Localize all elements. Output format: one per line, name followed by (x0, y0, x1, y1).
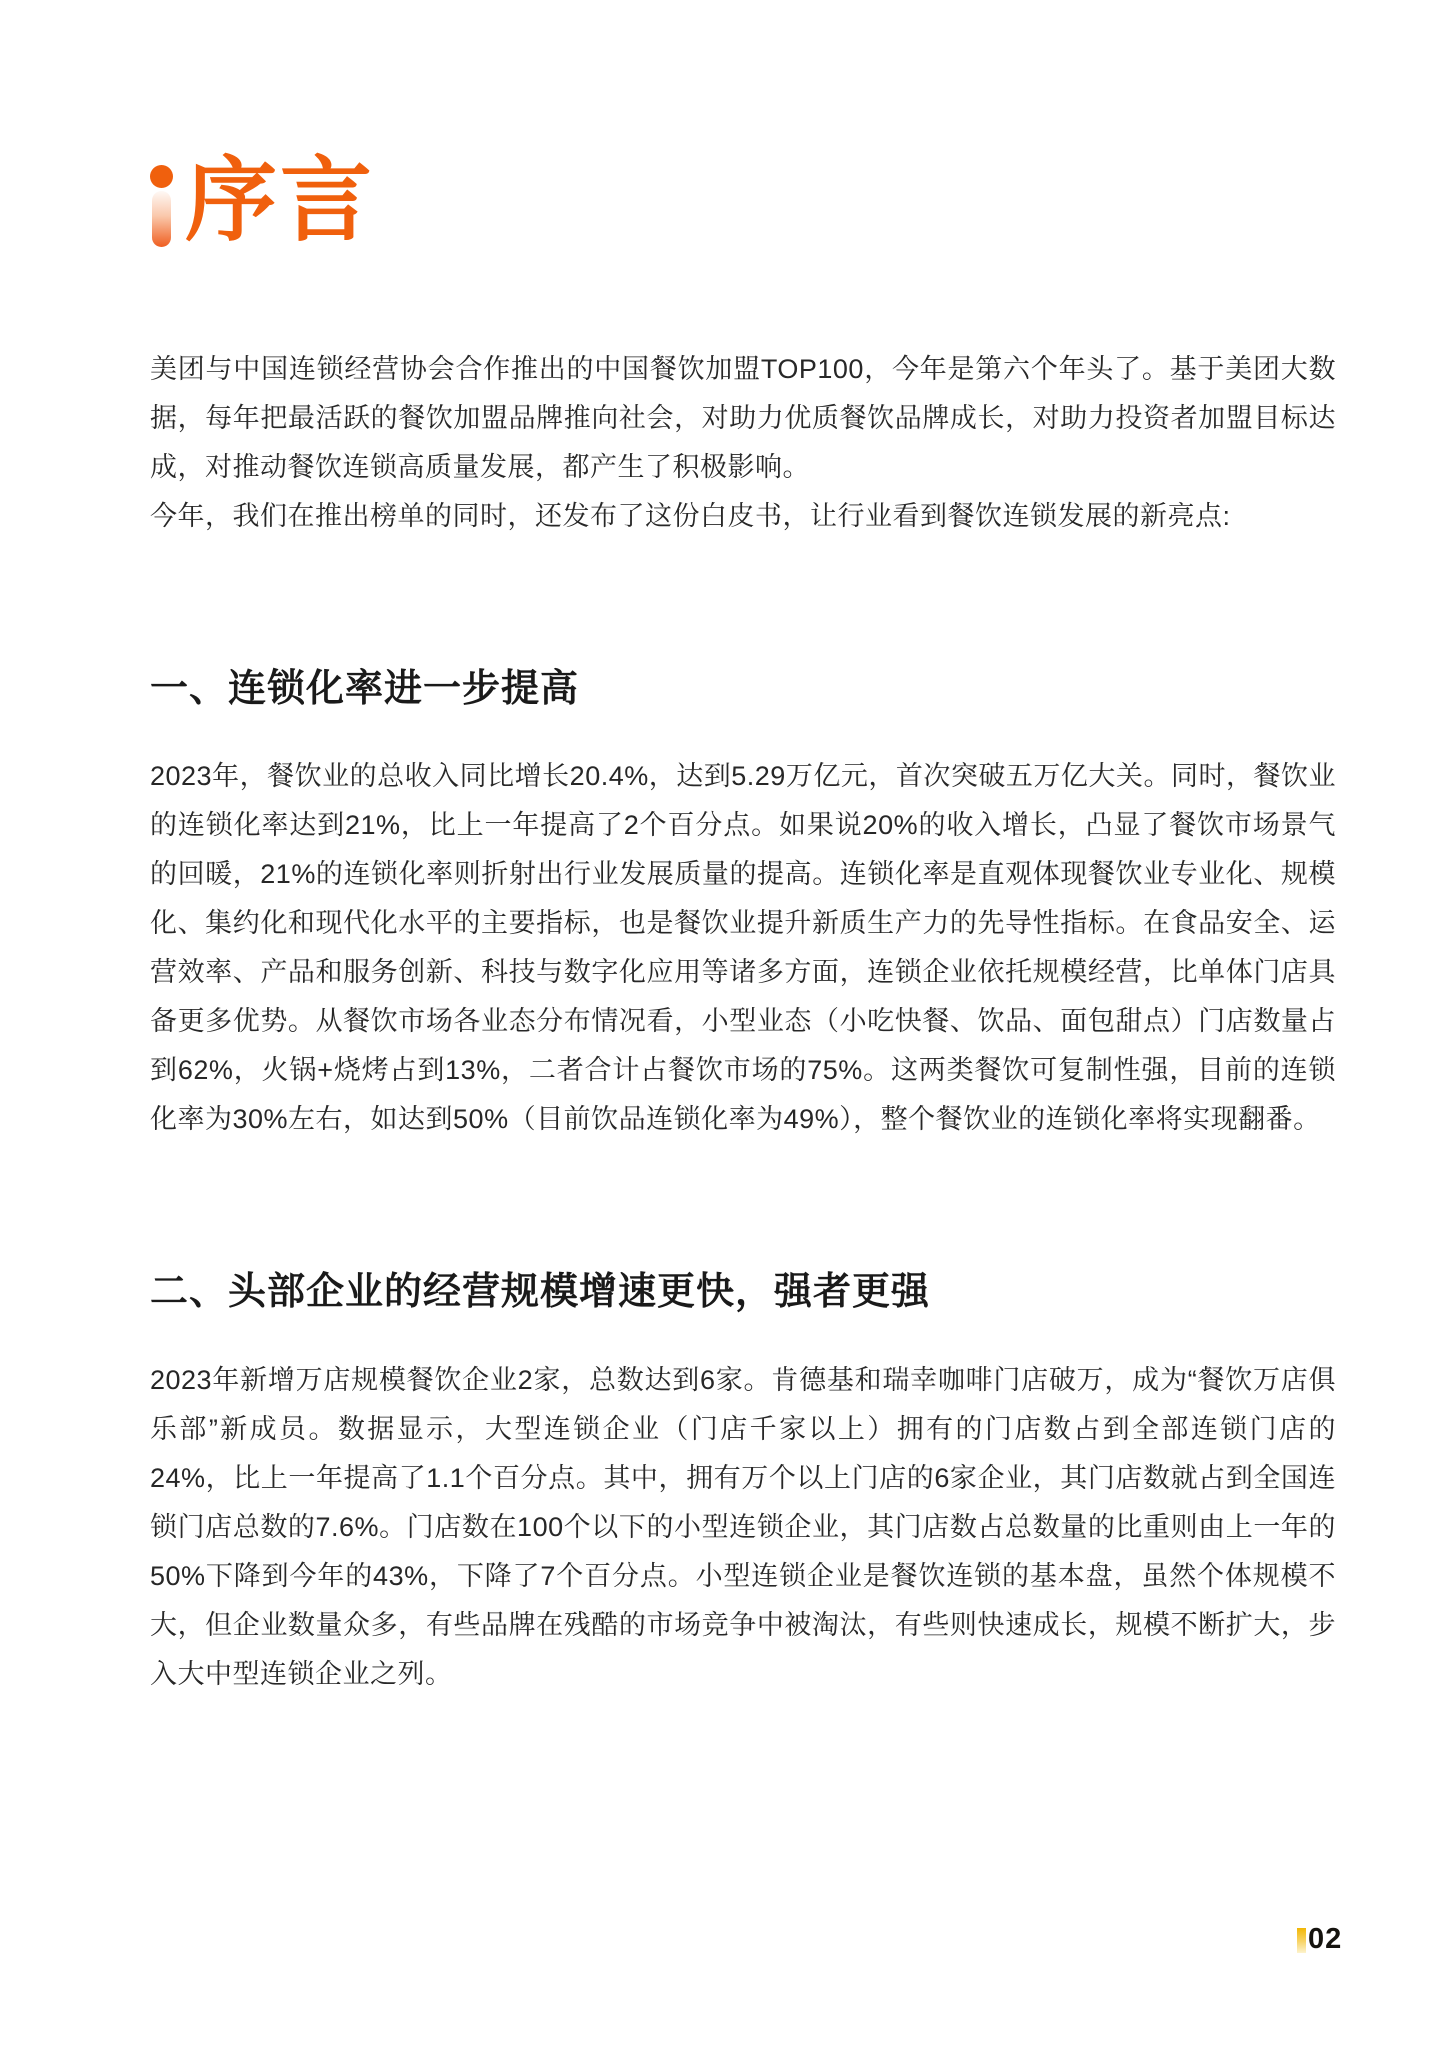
preface-accent-icon (150, 155, 173, 247)
section-1-body: 2023年，餐饮业的总收入同比增长20.4%，达到5.29万亿元，首次突破五万亿… (150, 752, 1336, 1144)
page-title: 序言 (185, 155, 375, 249)
page-footer: 02 (1297, 1925, 1342, 1954)
accent-pill-icon (152, 191, 171, 247)
page-number: 02 (1308, 1925, 1342, 1954)
page-number-marker-icon (1297, 1928, 1306, 1953)
section-chain-rate: 一、连锁化率进一步提高 2023年，餐饮业的总收入同比增长20.4%，达到5.2… (150, 667, 1336, 1145)
section-2-body: 2023年新增万店规模餐饮企业2家，总数达到6家。肯德基和瑞幸咖啡门店破万，成为… (150, 1356, 1336, 1699)
section-2-heading: 二、头部企业的经营规模增速更快，强者更强 (150, 1270, 1336, 1316)
intro-paragraph-1: 美团与中国连锁经营协会合作推出的中国餐饮加盟TOP100，今年是第六个年头了。基… (150, 345, 1336, 492)
document-page: 序言 美团与中国连锁经营协会合作推出的中国餐饮加盟TOP100，今年是第六个年头… (0, 0, 1456, 2047)
page-header: 序言 (150, 155, 1336, 249)
section-head-enterprises: 二、头部企业的经营规模增速更快，强者更强 2023年新增万店规模餐饮企业2家，总… (150, 1270, 1336, 1699)
section-1-heading: 一、连锁化率进一步提高 (150, 667, 1336, 713)
accent-dot-icon (150, 165, 173, 188)
intro-paragraph-2: 今年，我们在推出榜单的同时，还发布了这份白皮书，让行业看到餐饮连锁发展的新亮点: (150, 492, 1336, 541)
